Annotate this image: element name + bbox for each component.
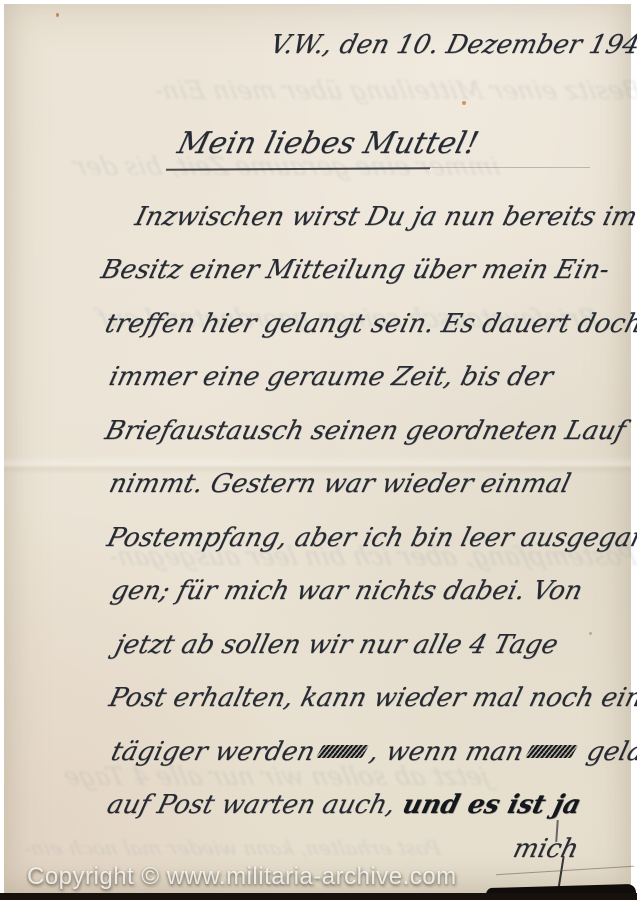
manuscript-line: Inzwischen wirst Du ja nun bereits im — [132, 190, 637, 244]
letter-salutation: Mein liebes Muttel! — [174, 126, 482, 161]
paper-speck — [56, 13, 59, 17]
manuscript-line: immer eine geraume Zeit, bis der — [106, 351, 637, 405]
manuscript-line: Besitz einer Mitteilung über mein Ein- — [98, 244, 637, 298]
salutation-underline — [166, 167, 430, 171]
paper-speck — [462, 101, 466, 105]
manuscript-line: tägiger werden, wenn man gelange — [108, 725, 637, 779]
catchword-mich: mich — [510, 834, 582, 864]
bleed-through-ghost: Post erhalten, kann wieder mal noch ein- — [21, 836, 443, 860]
letter-body: Inzwischen wirst Du ja nun bereits imBes… — [106, 190, 637, 832]
scanned-letter-photo: Besitz einer Mitteilung über mein Ein- i… — [0, 0, 637, 900]
manuscript-line: nimmt. Gestern war wieder einmal — [106, 458, 637, 512]
watermark: Copyright © www.militaria-archive.com — [27, 863, 457, 891]
ink-scribble-blot — [316, 745, 369, 758]
manuscript-line: treffen hier gelangt sein. Es dauert doc… — [102, 297, 637, 351]
salutation-underline-faint — [428, 167, 590, 168]
ink-scribble-blot — [525, 745, 578, 758]
manuscript-line: Post erhalten, kann wieder mal noch ein- — [106, 672, 637, 726]
photo-bottom-edge — [0, 893, 637, 900]
manuscript-line: jetzt ab sollen wir nur alle 4 Tage — [112, 618, 637, 672]
letter-dateline: V.W., den 10. Dezember 1941. — [267, 30, 637, 60]
manuscript-line: gen; für mich war nichts dabei. Von — [108, 565, 637, 619]
letter-paper: Besitz einer Mitteilung über mein Ein- i… — [4, 4, 631, 898]
bleed-through-ghost: Besitz einer Mitteilung über mein Ein- — [150, 76, 637, 105]
manuscript-line: Postempfang, aber ich bin leer ausgegan- — [104, 511, 637, 565]
pencil-flourish-line — [496, 866, 634, 875]
manuscript-line: Briefaustausch seinen geordneten Lauf — [102, 404, 637, 458]
